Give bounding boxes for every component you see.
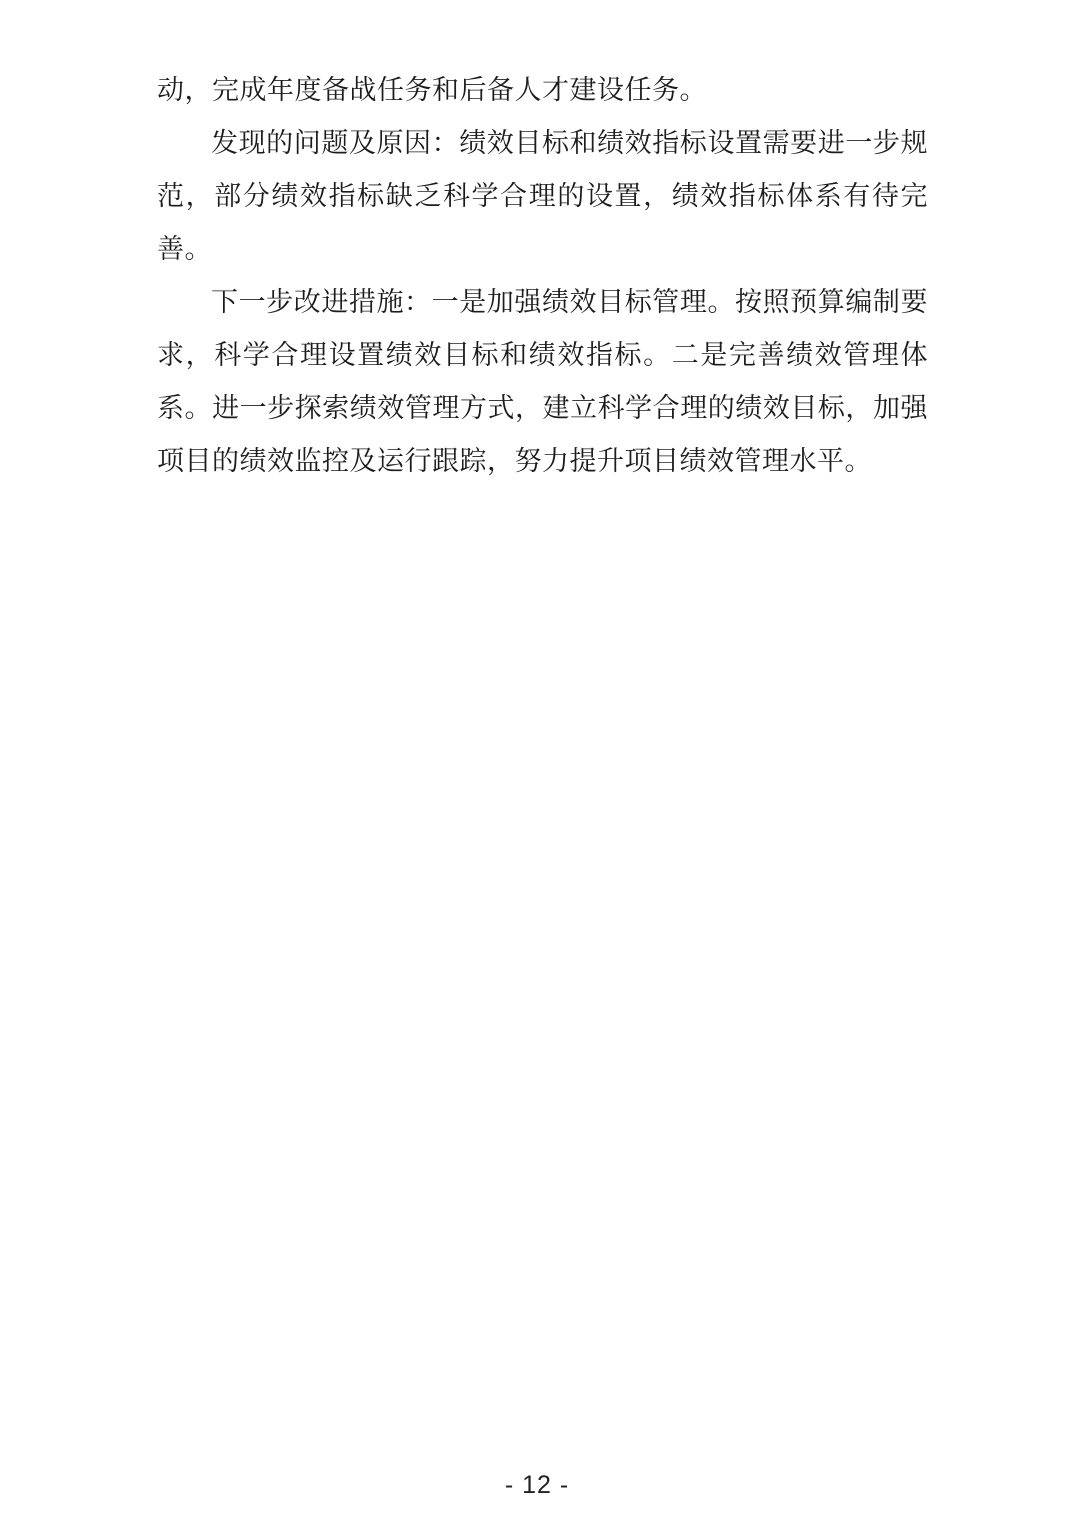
paragraph-continuation: 动，完成年度备战任务和后备人才建设任务。 xyxy=(157,64,928,117)
document-body: 动，完成年度备战任务和后备人才建设任务。 发现的问题及原因：绩效目标和绩效指标设… xyxy=(157,64,928,488)
page-footer: - 12 - xyxy=(0,1470,1074,1500)
paragraph-improvement-measures: 下一步改进措施：一是加强绩效目标管理。按照预算编制要求，科学合理设置绩效目标和绩… xyxy=(157,276,928,488)
paragraph-problems-and-causes: 发现的问题及原因：绩效目标和绩效指标设置需要进一步规范，部分绩效指标缺乏科学合理… xyxy=(157,117,928,276)
document-page: 动，完成年度备战任务和后备人才建设任务。 发现的问题及原因：绩效目标和绩效指标设… xyxy=(0,0,1074,1520)
page-number: - 12 - xyxy=(505,1471,569,1499)
